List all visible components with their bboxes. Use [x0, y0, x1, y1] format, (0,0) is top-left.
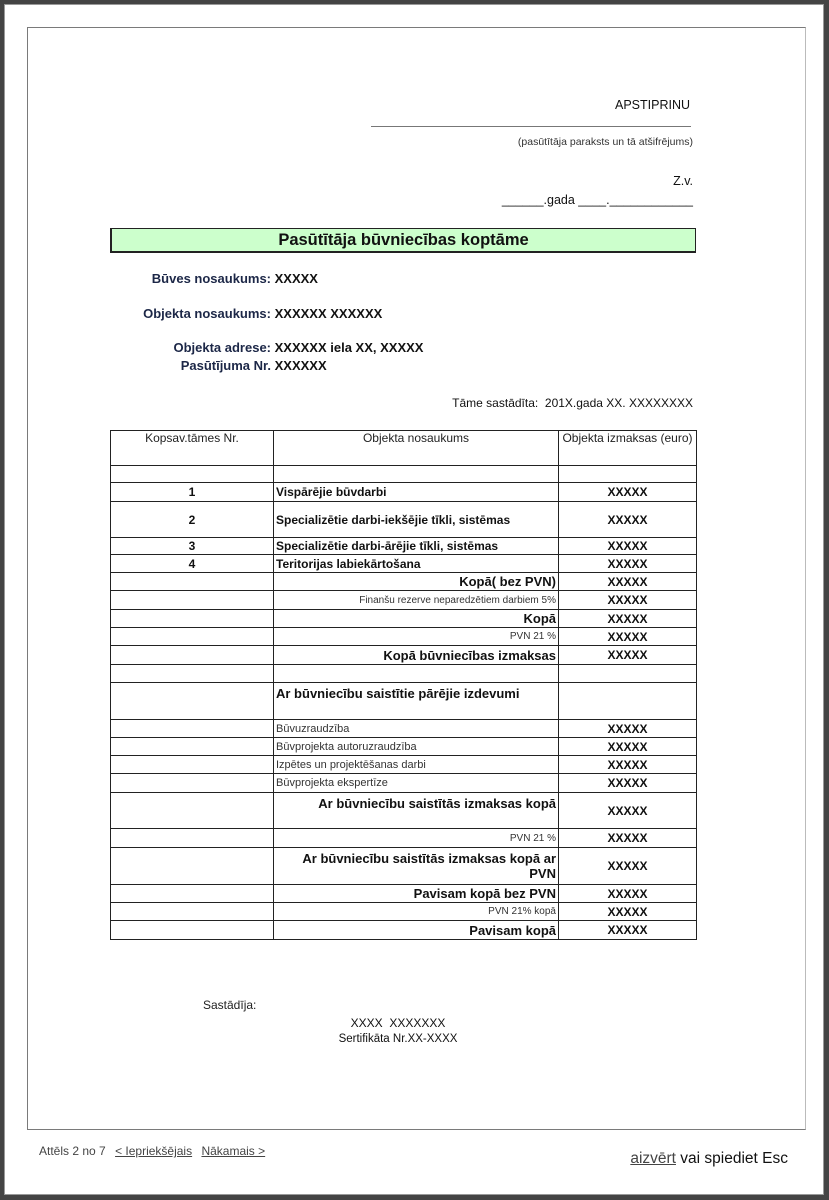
signature-caption: (pasūtītāja paraksts un tā atšifrējums) — [518, 136, 693, 148]
table-row: 2Specializētie darbi-iekšējie tīkli, sis… — [111, 502, 697, 538]
row-name: Vispārējie būvdarbi — [274, 483, 559, 502]
document-page: APSTIPRINU (pasūtītāja paraksts un tā at… — [27, 27, 806, 1130]
table-row: Būvprojekta ekspertīzeXXXXX — [111, 774, 697, 793]
table-row: Kopā būvniecības izmaksasXXXXX — [111, 646, 697, 665]
approval-title: APSTIPRINU — [615, 98, 690, 112]
row-cost: XXXXX — [559, 720, 697, 738]
building-name-row: Būves nosaukums: XXXXX — [28, 271, 318, 286]
object-label: Objekta nosaukums: — [28, 306, 271, 321]
table-row: PVN 21 %XXXXX — [111, 829, 697, 848]
row-name: PVN 21 % — [274, 829, 559, 848]
row-cost — [559, 683, 697, 720]
row-name: Ar būvniecību saistītās izmaksas kopā — [274, 793, 559, 829]
table-row: Ar būvniecību saistītās izmaksas kopāXXX… — [111, 793, 697, 829]
row-name: Būvprojekta ekspertīze — [274, 774, 559, 793]
compiler-name: XXXX XXXXXXX — [298, 1016, 498, 1030]
row-cost: XXXXX — [559, 774, 697, 793]
next-link[interactable]: Nākamais > — [201, 1144, 265, 1158]
row-name: Ar būvniecību saistītās izmaksas kopā ar… — [274, 848, 559, 885]
row-name: PVN 21 % — [274, 628, 559, 646]
building-value: XXXXX — [275, 271, 318, 286]
row-cost: XXXXX — [559, 738, 697, 756]
address-label: Objekta adrese: — [28, 340, 271, 355]
row-number — [111, 829, 274, 848]
order-number-row: Pasūtījuma Nr. XXXXXX — [28, 358, 327, 373]
building-label: Būves nosaukums: — [28, 271, 271, 286]
row-cost: XXXXX — [559, 610, 697, 628]
order-value: XXXXXX — [275, 358, 327, 373]
object-address-row: Objekta adrese: XXXXXX iela XX, XXXXX — [28, 340, 423, 355]
table-row: Ar būvniecību saistītie pārējie izdevumi — [111, 683, 697, 720]
row-number — [111, 466, 274, 483]
row-number: 1 — [111, 483, 274, 502]
row-cost: XXXXX — [559, 591, 697, 610]
object-value: XXXXXX XXXXXX — [275, 306, 383, 321]
row-number — [111, 683, 274, 720]
row-cost: XXXXX — [559, 483, 697, 502]
signature-line — [371, 126, 691, 127]
table-row: BūvuzraudzībaXXXXX — [111, 720, 697, 738]
table-row: Izpētes un projektēšanas darbiXXXXX — [111, 756, 697, 774]
header-cost: Objekta izmaksas (euro) — [559, 431, 697, 466]
row-number — [111, 756, 274, 774]
compiled-label: Tāme sastādīta: — [452, 396, 538, 410]
row-number — [111, 738, 274, 756]
compiled-by-label: Sastādīja: — [203, 998, 256, 1012]
table-row: Pavisam kopāXXXXX — [111, 921, 697, 940]
row-name: PVN 21% kopā — [274, 903, 559, 921]
compiled-date: Tāme sastādīta: 201X.gada XX. XXXXXXXX — [452, 396, 693, 410]
table-row: Kopā( bez PVN)XXXXX — [111, 573, 697, 591]
row-name — [274, 665, 559, 683]
certificate-number: Sertifikāta Nr.XX-XXXX — [298, 1033, 498, 1045]
row-name: Kopā būvniecības izmaksas — [274, 646, 559, 665]
row-number — [111, 591, 274, 610]
gallery-nav: Attēls 2 no 7 < Iepriekšējais Nākamais > — [39, 1144, 265, 1158]
row-number — [111, 720, 274, 738]
row-cost — [559, 466, 697, 483]
row-cost: XXXXX — [559, 921, 697, 940]
order-label: Pasūtījuma Nr. — [28, 358, 271, 373]
row-number — [111, 903, 274, 921]
close-hint: vai spiediet Esc — [680, 1150, 788, 1167]
row-cost: XXXXX — [559, 829, 697, 848]
row-cost: XXXXX — [559, 555, 697, 573]
lightbox-dialog: APSTIPRINU (pasūtītāja paraksts un tā at… — [4, 4, 824, 1195]
table-row: Finanšu rezerve neparedzētiem darbiem 5%… — [111, 591, 697, 610]
row-number — [111, 885, 274, 903]
table-row: 1Vispārējie būvdarbiXXXXX — [111, 483, 697, 502]
previous-link[interactable]: < Iepriekšējais — [115, 1144, 192, 1158]
row-number — [111, 665, 274, 683]
row-cost: XXXXX — [559, 502, 697, 538]
table-row: KopāXXXXX — [111, 610, 697, 628]
row-name: Specializētie darbi-ārējie tīkli, sistēm… — [274, 538, 559, 555]
row-cost: XXXXX — [559, 573, 697, 591]
row-name: Izpētes un projektēšanas darbi — [274, 756, 559, 774]
table-row: Pavisam kopā bez PVNXXXXX — [111, 885, 697, 903]
row-name: Kopā — [274, 610, 559, 628]
table-row: 3Specializētie darbi-ārējie tīkli, sistē… — [111, 538, 697, 555]
address-value: XXXXXX iela XX, XXXXX — [275, 340, 424, 355]
row-number — [111, 573, 274, 591]
row-cost: XXXXX — [559, 646, 697, 665]
row-name: Pavisam kopā — [274, 921, 559, 940]
row-number — [111, 921, 274, 940]
table-row: PVN 21 %XXXXX — [111, 628, 697, 646]
row-name: Pavisam kopā bez PVN — [274, 885, 559, 903]
row-name: Finanšu rezerve neparedzētiem darbiem 5% — [274, 591, 559, 610]
row-cost: XXXXX — [559, 848, 697, 885]
row-name: Būvprojekta autoruzraudzība — [274, 738, 559, 756]
object-name-row: Objekta nosaukums: XXXXXX XXXXXX — [28, 306, 382, 321]
row-number: 2 — [111, 502, 274, 538]
header-name: Objekta nosaukums — [274, 431, 559, 466]
row-name: Kopā( bez PVN) — [274, 573, 559, 591]
row-cost: XXXXX — [559, 756, 697, 774]
table-row: PVN 21% kopāXXXXX — [111, 903, 697, 921]
row-number — [111, 628, 274, 646]
row-name: Ar būvniecību saistītie pārējie izdevumi — [274, 683, 559, 720]
row-cost: XXXXX — [559, 628, 697, 646]
date-line: ______.gada ____.____________ — [502, 193, 693, 207]
row-number: 3 — [111, 538, 274, 555]
row-number — [111, 848, 274, 885]
row-cost: XXXXX — [559, 885, 697, 903]
row-number: 4 — [111, 555, 274, 573]
row-number — [111, 610, 274, 628]
row-name: Teritorijas labiekārtošana — [274, 555, 559, 573]
document-title: Pasūtītāja būvniecības koptāme — [110, 228, 696, 253]
compiled-value: 201X.gada XX. XXXXXXXX — [545, 396, 693, 410]
table-header: Kopsav.tāmes Nr. Objekta nosaukums Objek… — [111, 431, 697, 466]
header-nr: Kopsav.tāmes Nr. — [111, 431, 274, 466]
row-name: Specializētie darbi-iekšējie tīkli, sist… — [274, 502, 559, 538]
table-row: 4Teritorijas labiekārtošanaXXXXX — [111, 555, 697, 573]
stamp-label: Z.v. — [673, 174, 693, 188]
estimate-table: Kopsav.tāmes Nr. Objekta nosaukums Objek… — [110, 430, 697, 940]
row-number — [111, 646, 274, 665]
row-name — [274, 466, 559, 483]
row-cost: XXXXX — [559, 538, 697, 555]
row-number — [111, 774, 274, 793]
row-cost: XXXXX — [559, 793, 697, 829]
table-row: Būvprojekta autoruzraudzībaXXXXX — [111, 738, 697, 756]
table-row: Ar būvniecību saistītās izmaksas kopā ar… — [111, 848, 697, 885]
row-cost: XXXXX — [559, 903, 697, 921]
table-row — [111, 665, 697, 683]
row-name: Būvuzraudzība — [274, 720, 559, 738]
table-row — [111, 466, 697, 483]
row-cost — [559, 665, 697, 683]
row-number — [111, 793, 274, 829]
image-counter: Attēls 2 no 7 — [39, 1144, 106, 1158]
close-link[interactable]: aizvērt — [630, 1150, 676, 1167]
close-area: aizvērt vai spiediet Esc — [630, 1150, 788, 1168]
